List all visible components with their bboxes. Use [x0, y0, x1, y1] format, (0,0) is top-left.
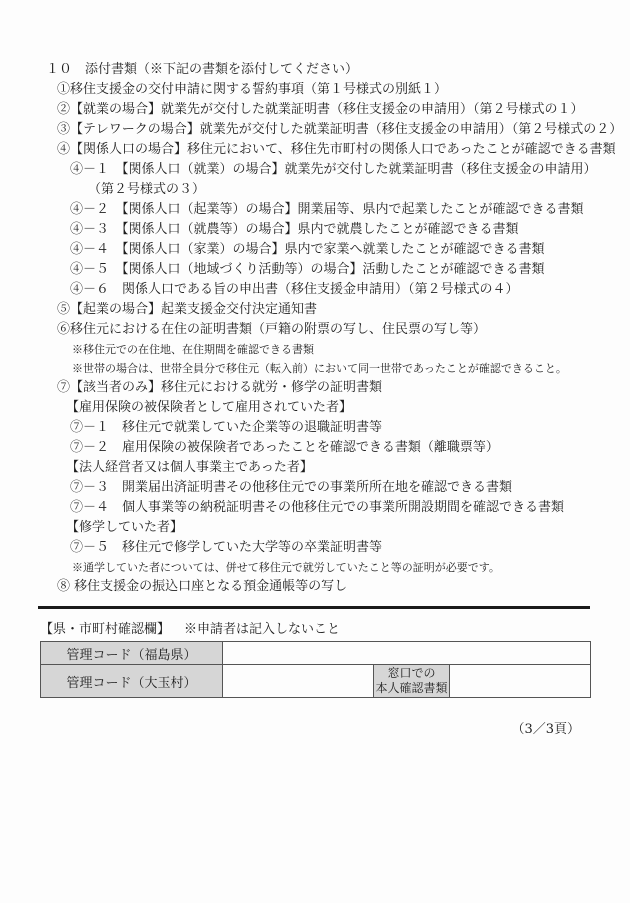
input-cell-code-otama: [223, 665, 374, 698]
input-cell-code-fukushima: [223, 642, 591, 665]
item-4-4: ④－４ 【関係人口（家業）の場合】県内で家業へ就業したことが確認できる書類: [0, 240, 630, 260]
table-row-otama: 管理コード（大玉村） 窓口での 本人確認書類: [41, 665, 591, 698]
item-3: ③【テレワークの場合】就業先が交付した就業証明書（移住支援金の申請用）（第２号様…: [0, 120, 630, 140]
attachment-list: １０ 添付書類（※下記の書類を添付してください） ①移住支援金の交付申請に関する…: [0, 60, 630, 597]
item-4-3: ④－３ 【関係人口（就農等）の場合】県内で就農したことが確認できる書類: [0, 220, 630, 240]
item-4-2: ④－２ 【関係人口（起業等）の場合】開業届等、県内で起業したことが確認できる書類: [0, 200, 630, 220]
item-4-5: ④－５ 【関係人口（地域づくり活動等）の場合】活動したことが確認できる書類: [0, 260, 630, 280]
item-4: ④【関係人口の場合】移住元において、移住先市町村の関係人口であったことが確認でき…: [0, 140, 630, 160]
item-2: ②【就業の場合】就業先が交付した就業証明書（移住支援金の申請用）（第２号様式の１…: [0, 100, 630, 120]
section-heading: １０ 添付書類（※下記の書類を添付してください）: [0, 60, 630, 80]
group-student: 【修学していた者】: [0, 518, 630, 538]
item-4-6: ④－６ 関係人口である旨の申出書（移住支援金申請用）（第２号様式の４）: [0, 280, 630, 300]
confirmation-heading-label: 【県・市町村確認欄】: [40, 622, 170, 637]
confirmation-table: 管理コード（福島県） 管理コード（大玉村） 窓口での 本人確認書類: [40, 641, 591, 698]
page-indicator: （3／3頁）: [511, 718, 580, 737]
document-page: １０ 添付書類（※下記の書類を添付してください） ①移住支援金の交付申請に関する…: [0, 0, 630, 903]
item-1: ①移住支援金の交付申請に関する誓約事項（第１号様式の別紙１）: [0, 80, 630, 100]
item-5: ⑤【起業の場合】起業支援金交付決定通知書: [0, 300, 630, 320]
item-7-2: ⑦－２ 雇用保険の被保険者であったことを確認できる書類（離職票等）: [0, 438, 630, 458]
item-7-5: ⑦－５ 移住元で修学していた大学等の卒業証明書等: [0, 538, 630, 558]
item-7-4: ⑦－４ 個人事業等の納税証明書その他移住元での事業所開設期間を確認できる書類: [0, 498, 630, 518]
item-6-note-2: ※世帯の場合は、世帯全員分で移住元（転入前）において同一世帯であったことが確認で…: [0, 359, 630, 378]
item-7-5-note: ※通学していた者については、併せて移住元で就労していたこと等の証明が必要です。: [0, 558, 630, 577]
confirmation-heading: 【県・市町村確認欄】※申請者は記入しないこと: [40, 620, 340, 640]
group-business-owner: 【法人経営者又は個人事業主であった者】: [0, 458, 630, 478]
table-row-fukushima: 管理コード（福島県）: [41, 642, 591, 665]
item-6: ⑥移住元における在住の証明書類（戸籍の附票の写し、住民票の写し等）: [0, 320, 630, 340]
item-6-note-1: ※移住元での在住地、在住期間を確認できる書類: [0, 340, 630, 359]
label-code-fukushima: 管理コード（福島県）: [41, 642, 223, 665]
item-7-1: ⑦－１ 移住元で就業していた企業等の退職証明書等: [0, 418, 630, 438]
section-divider-rule: [38, 606, 590, 609]
label-id-check-documents: 窓口での 本人確認書類: [374, 665, 450, 698]
input-cell-id-check: [450, 665, 591, 698]
confirmation-heading-note: ※申請者は記入しないこと: [184, 622, 340, 637]
label-code-otama: 管理コード（大玉村）: [41, 665, 223, 698]
label-id-check-line1: 窓口での: [374, 666, 449, 681]
item-7: ⑦【該当者のみ】移住元における就労・修学の証明書類: [0, 378, 630, 398]
item-7-3: ⑦－３ 開業届出済証明書その他移住元での事業所所在地を確認できる書類: [0, 478, 630, 498]
group-employment-insurance: 【雇用保険の被保険者として雇用されていた者】: [0, 398, 630, 418]
item-4-1: ④－１ 【関係人口（就業）の場合】就業先が交付した就業証明書（移住支援金の申請用…: [0, 160, 630, 180]
item-4-1-continuation: （第２号様式の３）: [0, 180, 630, 200]
label-id-check-line2: 本人確認書類: [374, 681, 449, 696]
item-8: ⑧ 移住支援金の振込口座となる預金通帳等の写し: [0, 577, 630, 597]
